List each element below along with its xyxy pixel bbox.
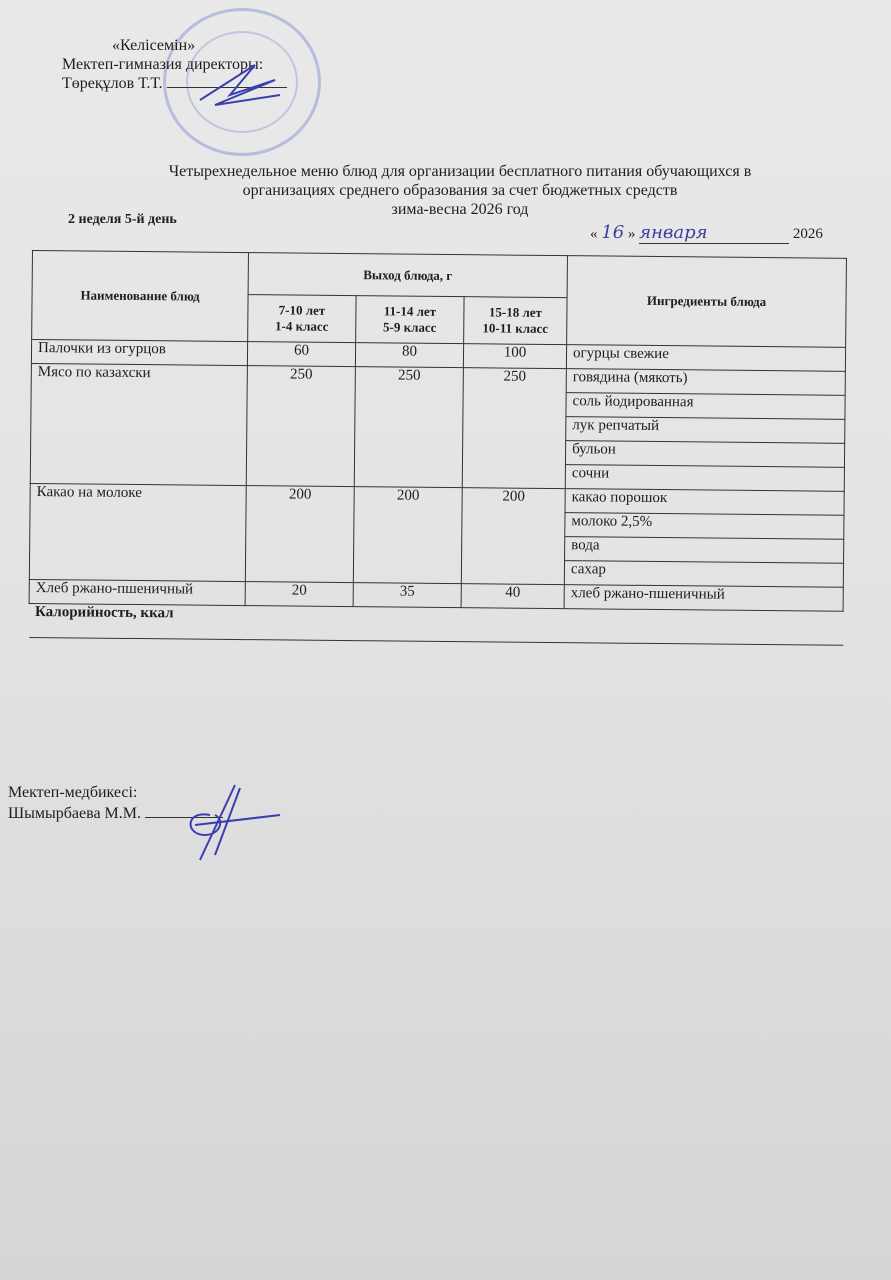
- ingredient: говядина (мякоть): [566, 369, 845, 396]
- dish-output: 250: [462, 368, 566, 489]
- ingredient: лук репчатый: [566, 417, 845, 444]
- ingredient: сочни: [565, 465, 844, 492]
- header-age-7-10: 7-10 лет 1-4 класс: [248, 295, 356, 343]
- title-line-2: организациях среднего образования за сче…: [60, 181, 860, 200]
- dish-output: 250: [354, 367, 463, 488]
- dish-output: 35: [353, 583, 461, 608]
- menu-table: Наименование блюд Выход блюда, г Ингреди…: [28, 250, 847, 646]
- ingredient: хлеб ржано-пшеничный: [564, 585, 843, 612]
- date-month: января: [639, 222, 707, 243]
- dish-output: 20: [245, 582, 353, 607]
- date-quote-close: »: [628, 226, 636, 242]
- dish-name: Хлеб ржано-пшеничный: [29, 579, 245, 605]
- header-ingredients: Ингредиенты блюда: [567, 256, 847, 348]
- ingredient: какао порошок: [565, 489, 844, 516]
- title-line-3: зима-весна 2026 год: [60, 200, 860, 219]
- header-age-11-14: 11-14 лет 5-9 класс: [356, 296, 464, 344]
- ingredient: молоко 2,5%: [565, 513, 844, 540]
- dish-output: 60: [247, 342, 355, 367]
- dish-name: Мясо по казахски: [30, 363, 247, 485]
- dish-output: 40: [461, 584, 564, 609]
- dish-output: 200: [353, 487, 462, 584]
- dish-output: 250: [246, 366, 355, 487]
- calories-label: Калорийность, ккал: [29, 603, 843, 645]
- approval-name: Төреқұлов Т.Т.: [62, 75, 163, 92]
- dish-output: 100: [463, 344, 566, 369]
- director-signature-icon: [195, 60, 285, 110]
- document-title: Четырехнедельное меню блюд для организац…: [60, 162, 860, 219]
- total-row: Калорийность, ккал: [29, 603, 843, 645]
- header-dish-name: Наименование блюд: [32, 251, 249, 342]
- ingredient: вода: [565, 537, 844, 564]
- ingredient: огурцы свежие: [566, 345, 845, 372]
- dish-output: 200: [245, 486, 354, 583]
- dish-name: Палочки из огурцов: [31, 340, 247, 366]
- header-age-15-18: 15-18 лет 10-11 класс: [464, 297, 567, 345]
- header-output: Выход блюда, г: [248, 253, 567, 298]
- title-line-1: Четырехнедельное меню блюд для организац…: [60, 162, 860, 181]
- dish-name: Какао на молоке: [29, 483, 246, 581]
- ingredient: сахар: [564, 561, 843, 588]
- ingredient: бульон: [565, 441, 844, 468]
- date-day: 16: [601, 222, 624, 243]
- document-date: « 16 » января 2026: [590, 222, 823, 244]
- date-year: 2026: [793, 226, 823, 242]
- approval-heading: «Келісемін»: [62, 36, 287, 55]
- week-day-label: 2 неделя 5-й день: [68, 212, 177, 228]
- dish-output: 200: [461, 488, 565, 585]
- nurse-signature-icon: [170, 780, 285, 865]
- dish-output: 80: [355, 343, 463, 368]
- nurse-name: Шымырбаева М.М.: [8, 805, 141, 822]
- date-quote-open: «: [590, 226, 598, 242]
- ingredient: соль йодированная: [566, 393, 845, 420]
